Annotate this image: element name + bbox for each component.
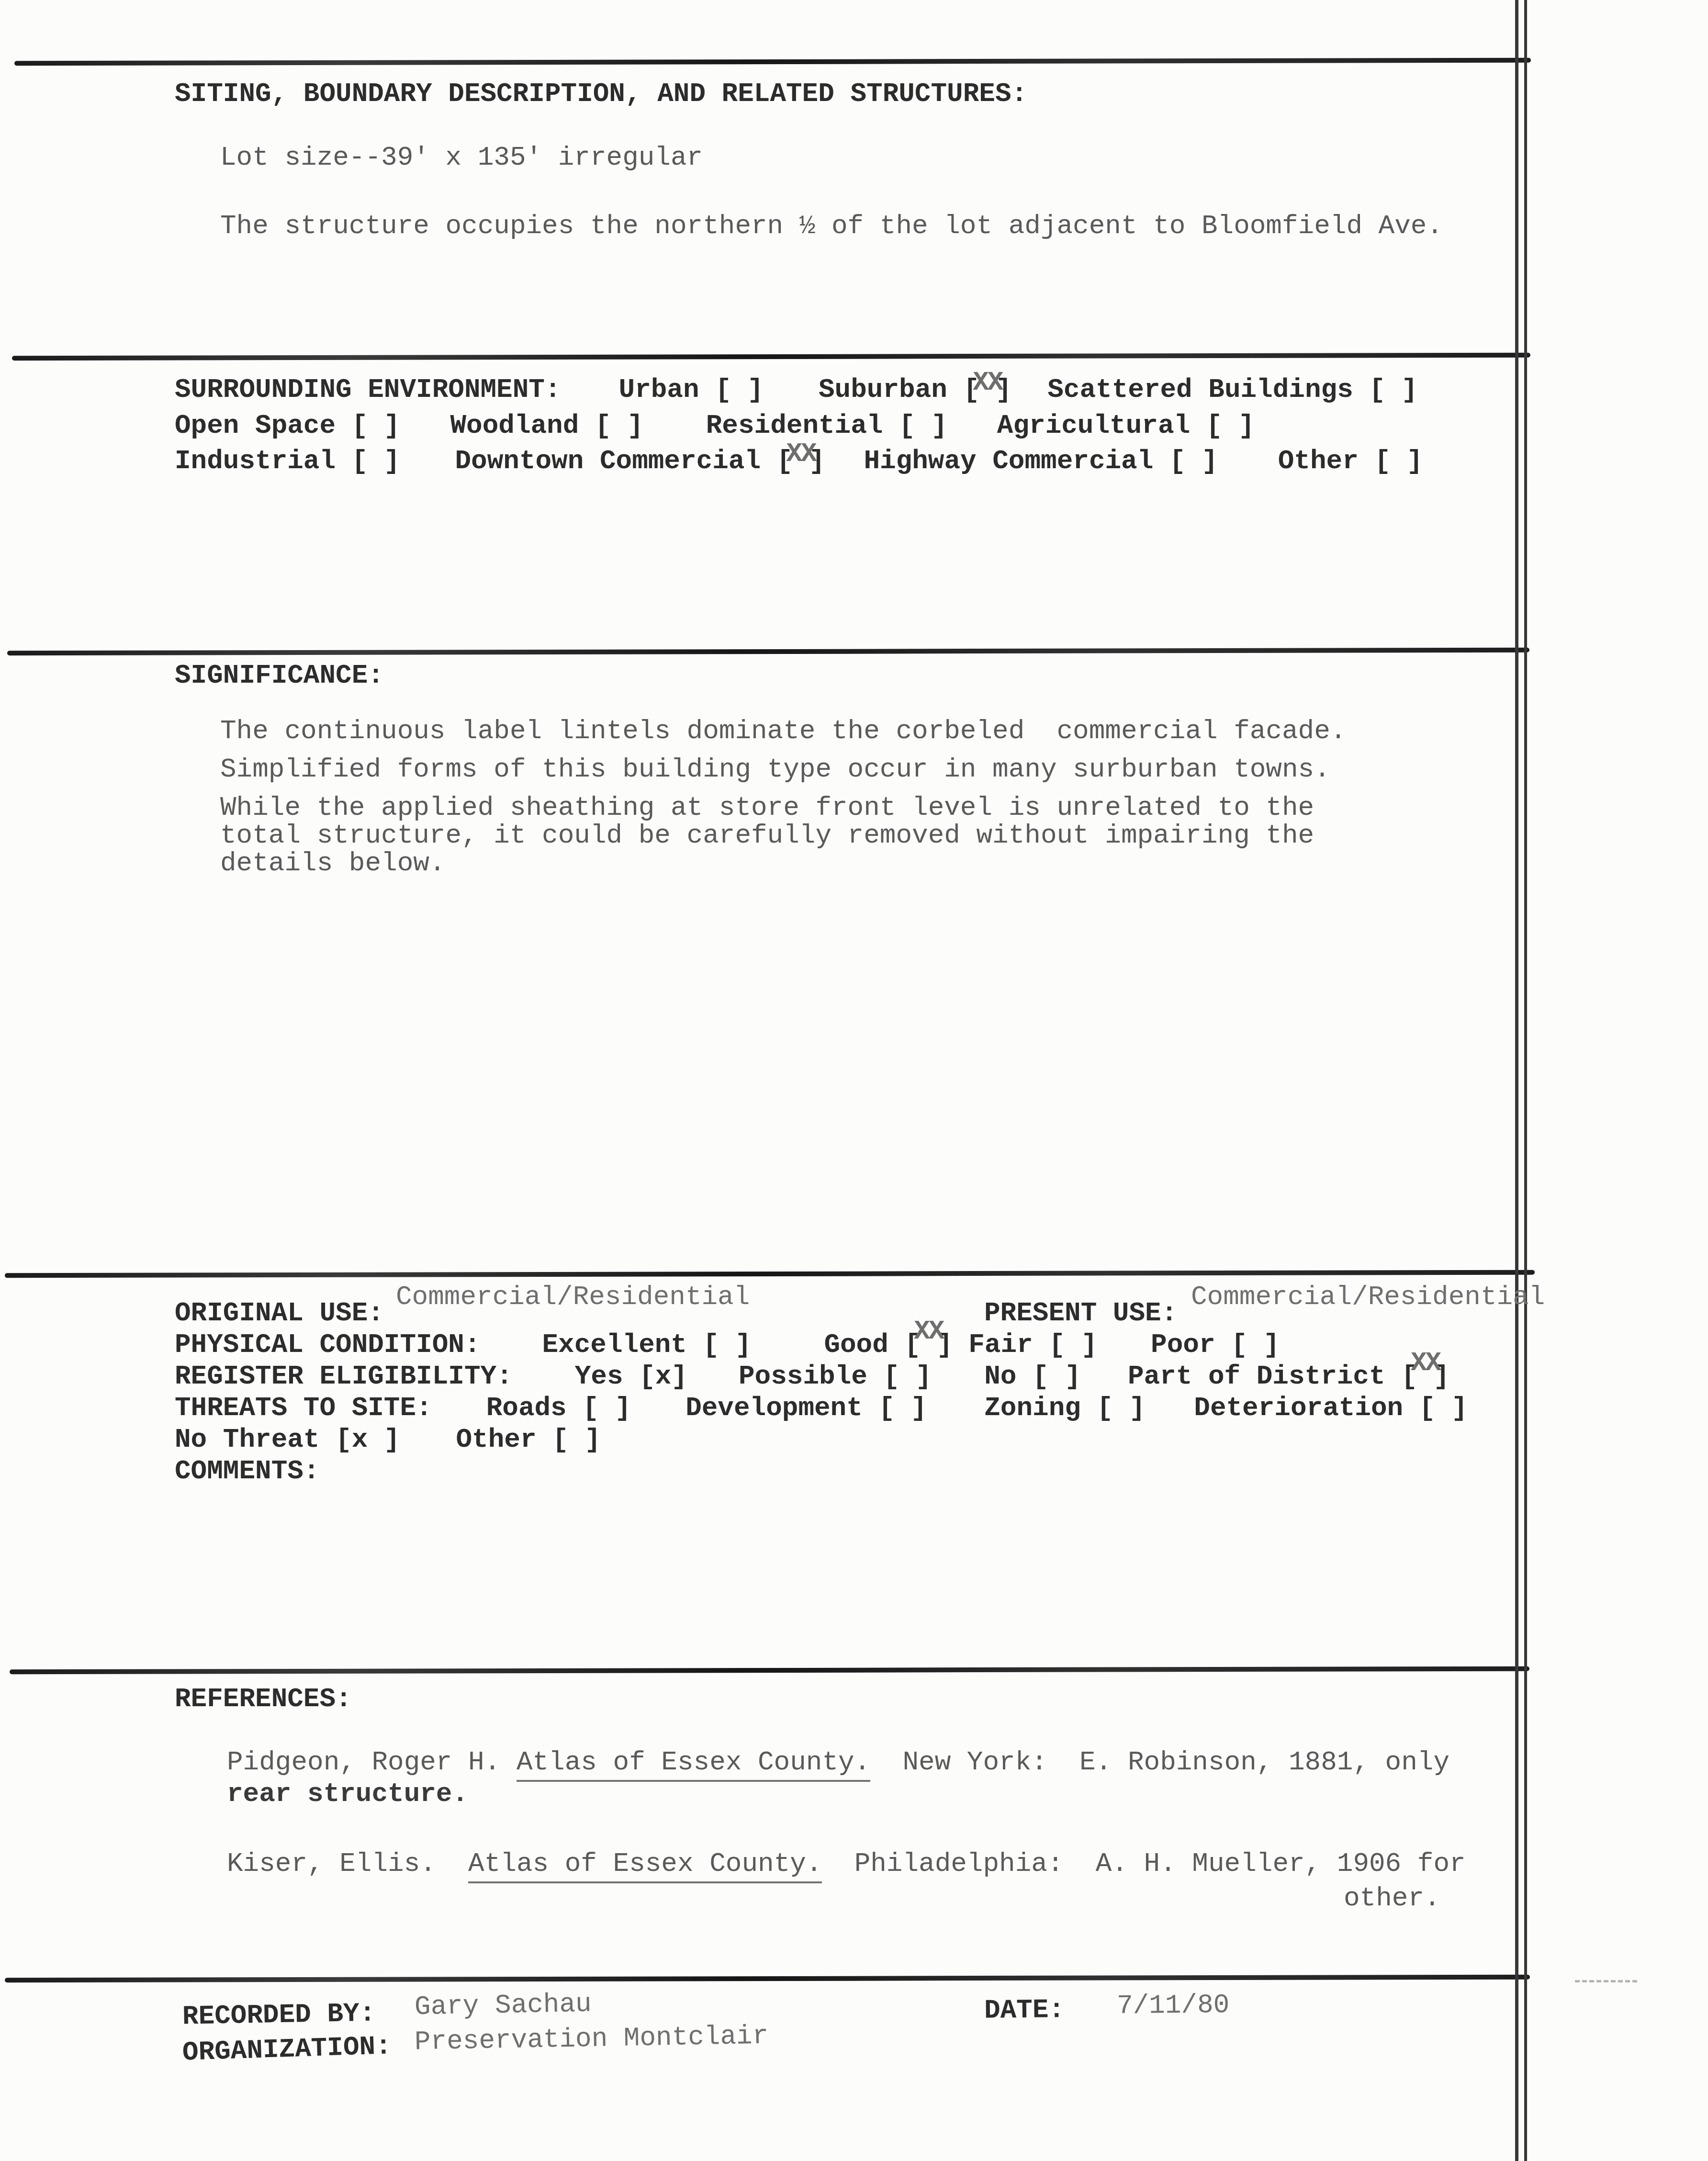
checkbox-open-space: Open Space[ ] (175, 411, 400, 441)
reference-entry: Kiser, Ellis. Atlas of Essex County. Phi… (227, 1849, 1466, 1879)
register-eligibility-row: REGISTER ELIGIBILITY:Yes[x]Possible[ ]No… (175, 1362, 1450, 1392)
checkbox-other-environment: Other[ ] (1278, 446, 1423, 476)
checkbox-box: [ ] (1369, 375, 1417, 405)
significance-line: While the applied sheathing at store fro… (220, 793, 1314, 823)
checkbox-box: [ ] (899, 411, 947, 441)
checkbox-development: Development[ ] (685, 1393, 927, 1423)
underlined-title: Atlas of Essex County. (468, 1848, 822, 1883)
checkbox-no: No[ ] (984, 1362, 1081, 1392)
reference-continuation: rear structure. (227, 1779, 468, 1809)
checkbox-agricultural: Agricultural[ ] (997, 411, 1255, 441)
checkbox-yes: Yes[x] (575, 1362, 687, 1392)
checkbox-box: [ ] (1033, 1362, 1081, 1392)
environment-row-1: SURROUNDING ENVIRONMENT:Urban[ ]Suburban… (175, 375, 1417, 405)
references-section-title: REFERENCES: (175, 1684, 352, 1714)
environment-section-title: SURROUNDING ENVIRONMENT: (175, 375, 561, 405)
checkbox-box: [x ] (336, 1425, 400, 1455)
scan-artifact-dashes (1575, 1980, 1637, 1982)
reference-entry: Pidgeon, Roger H. Atlas of Essex County.… (227, 1747, 1450, 1778)
significance-line: total structure, it could be carefully r… (220, 821, 1314, 851)
page-edge-line (1524, 0, 1527, 2161)
checkbox-scattered-buildings: Scattered Buildings[ ] (1047, 375, 1417, 405)
significance-line: Simplified forms of this building type o… (220, 754, 1330, 785)
present-use-label: PRESENT USE: (984, 1298, 1177, 1328)
lot-size-line: Lot size--39' x 135' irregular (220, 143, 703, 173)
checkbox-box: [ ] (583, 1393, 631, 1423)
checkbox-woodland: Woodland[ ] (450, 411, 643, 441)
section-divider (10, 1666, 1529, 1675)
structure-location-line: The structure occupies the northern ½ of… (220, 211, 1443, 241)
date-value: 7/11/80 (1117, 1990, 1230, 2021)
organization-label: ORGANIZATION: (182, 2031, 392, 2068)
threats-row-2: No Threat[x ]Other[ ] (175, 1425, 601, 1455)
checkbox-box: [ ] (878, 1393, 927, 1423)
checkbox-suburban: Suburban[ ]XX (819, 375, 1011, 405)
checkbox-deterioration: Deterioration[ ] (1194, 1393, 1467, 1423)
physical-condition-label: PHYSICAL CONDITION: (175, 1330, 481, 1360)
recorded-by-value: Gary Sachau (414, 1989, 592, 2022)
environment-row-2: Open Space[ ]Woodland[ ]Residential[ ]Ag… (175, 411, 1255, 441)
checkbox-box: [ ]XX (963, 375, 1011, 405)
checkbox-good: Good[ ]XX (824, 1330, 953, 1360)
underlined-title: Atlas of Essex County. (517, 1747, 870, 1782)
checkbox-box: [ ] (595, 411, 643, 441)
significance-section-title: SIGNIFICANCE: (175, 661, 384, 691)
threats-label: THREATS TO SITE: (175, 1393, 432, 1423)
checkbox-box: [ ]XX (904, 1330, 953, 1360)
page-edge-line (1515, 0, 1518, 2161)
checkbox-highway-commercial: Highway Commercial[ ] (864, 446, 1217, 476)
checkbox-box: [ ] (1374, 446, 1423, 476)
checkbox-box: [ ] (1231, 1330, 1280, 1360)
physical-condition-row: PHYSICAL CONDITION:Excellent[ ]Good[ ]XX… (175, 1330, 1280, 1360)
section-divider (7, 648, 1529, 656)
checkbox-box: [ ] (1097, 1393, 1145, 1423)
comments-label: COMMENTS: (175, 1456, 319, 1486)
checkbox-box: [ ] (883, 1362, 932, 1392)
checkbox-residential: Residential[ ] (706, 411, 947, 441)
checkbox-downtown-commercial: Downtown Commercial[ ]XX (455, 446, 825, 476)
checkbox-other-threat: Other[ ] (456, 1425, 600, 1455)
section-divider (5, 1975, 1530, 1983)
section-divider (12, 353, 1530, 361)
checkbox-box: [ ] (1169, 446, 1218, 476)
checkbox-box: [ ] (1419, 1393, 1468, 1423)
checkbox-box: [ ] (552, 1425, 601, 1455)
checkbox-poor: Poor[ ] (1151, 1330, 1280, 1360)
checkbox-fair: Fair[ ] (968, 1330, 1097, 1360)
section-divider (14, 58, 1531, 66)
reference-continuation: other. (1344, 1883, 1440, 1913)
checkbox-excellent: Excellent[ ] (542, 1330, 752, 1360)
date-label: DATE: (984, 1995, 1065, 2026)
siting-section-title: SITING, BOUNDARY DESCRIPTION, AND RELATE… (175, 79, 1027, 109)
checkbox-box: [ ]XX (777, 446, 825, 476)
checkbox-possible: Possible[ ] (739, 1362, 932, 1392)
checkbox-roads: Roads[ ] (486, 1393, 631, 1423)
checkbox-box: [ ] (352, 446, 400, 476)
checkbox-part-of-district: Part of District[ ]XX (1128, 1362, 1450, 1392)
checkbox-box: [ ] (352, 411, 400, 441)
checkbox-box: [ ] (703, 1330, 752, 1360)
checkbox-industrial: Industrial[ ] (175, 446, 400, 476)
register-eligibility-label: REGISTER ELIGIBILITY: (175, 1362, 513, 1392)
checkbox-box: [ ] (1206, 411, 1255, 441)
significance-line: details below. (220, 848, 445, 878)
organization-value: Preservation Montclair (415, 2021, 769, 2058)
checkbox-box: [ ] (715, 375, 764, 405)
scanned-form-page: SITING, BOUNDARY DESCRIPTION, AND RELATE… (0, 0, 1708, 2161)
original-use-label: ORIGINAL USE: (175, 1298, 384, 1328)
environment-row-3: Industrial[ ]Downtown Commercial[ ]XXHig… (175, 446, 1423, 476)
significance-line: The continuous label lintels dominate th… (220, 716, 1346, 746)
checkbox-box: [ ] (1049, 1330, 1097, 1360)
section-divider (5, 1270, 1535, 1278)
recorded-by-label: RECORDED BY: (182, 1998, 375, 2032)
original-use-value: Commercial/Residential (396, 1282, 750, 1312)
present-use-value: Commercial/Residential (1191, 1282, 1545, 1312)
checkbox-no-threat: No Threat[x ] (175, 1425, 400, 1455)
checkbox-zoning: Zoning[ ] (984, 1393, 1145, 1423)
checkbox-urban: Urban[ ] (619, 375, 764, 405)
threats-row: THREATS TO SITE:Roads[ ]Development[ ]Zo… (175, 1393, 1468, 1423)
checkbox-box: [ ]XX (1401, 1362, 1450, 1392)
checkbox-box: [x] (639, 1362, 687, 1392)
